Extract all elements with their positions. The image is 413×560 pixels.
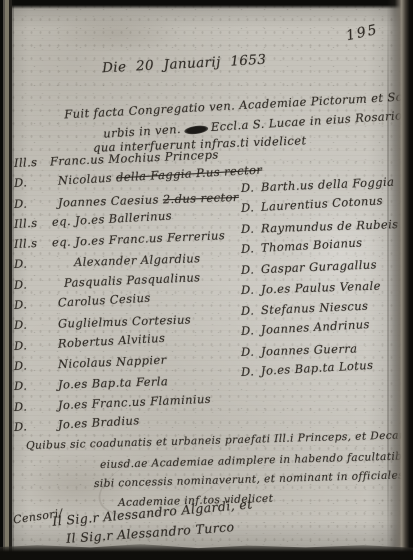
attendee-title: D. [241,344,257,358]
attendee-title: D. [14,175,45,191]
attendee-name: Jo.es Paulus Venale [261,279,381,297]
attendee-title: D. [241,262,258,277]
attendee-row: D.Laurentius Cotonus [241,192,410,215]
attendee-row: D.Barth.us della Foggia [241,174,409,195]
attendee-name: Jo.es Bap.ta Lotus [261,358,374,378]
attendee-title: D. [14,277,45,292]
attendee-name: Jo.es Bap.ta Ferla [58,374,169,391]
attendee-title: D. [241,241,258,256]
binding-edge-left [0,0,14,560]
attendee-column-right: D.Barth.us della Foggia D.Laurentius Cot… [241,181,409,379]
attendee-name: Alexander Algardius [74,252,201,270]
attendee-name: Barth.us della Foggia [261,175,395,195]
attendee-row: D.Stefanus Niescus [241,297,409,318]
attendee-name: Stefanus Niescus [261,298,369,316]
attendee-row: D.Gaspar Guragallus [241,256,409,277]
attendee-name-struck: 2.dus rector [163,190,239,206]
manuscript-page: 195 Die 20 Januarij 1653 Fuit facta Cong… [0,0,413,560]
attendee-name: eq. Jo.es Franc.us Ferrerius [52,228,226,249]
attendee-name: Joannes Guerra [261,341,358,358]
page-edge-right [387,0,413,560]
attendee-name: Joannes Andrinus [261,317,371,337]
attendee-title: D. [14,378,44,393]
attendee-title: D. [241,201,258,216]
attendee-name: Carolus Cesius [58,291,151,310]
attendee-name: Jo.es Franc.us Flaminius [58,391,212,411]
paper-stain [52,12,182,54]
attendee-name: Nicolaus Nappier [58,353,167,372]
attendee-title: D. [14,398,45,413]
attendee-row: D.Raymundus de Rubeis [241,217,409,236]
attendee-row: D.Thomas Boianus [241,233,410,256]
attendee-title: D. [241,283,257,297]
attendee-title: D. [14,337,45,353]
attendee-title: D. [241,221,257,235]
attendee-title: D. [241,364,258,379]
attendee-row: Ill.seq. Jo.es Franc.us Ferrerius [14,227,246,251]
attendee-name: Nicolaus [58,171,113,188]
attendee-title: Ill.s [14,215,45,231]
attendee-title: D. [241,180,258,195]
attendee-title: D. [14,257,44,272]
attendee-name: Joannes Caesius [58,192,159,209]
attendee-title: D. [14,196,44,211]
attendee-row: D.Alexander Algardius [14,250,246,271]
page-edge-top [0,0,413,9]
attendee-row: D.Jo.es Bap.ta Ferla [14,372,246,393]
attendee-title: Ill.s [14,236,45,251]
attendee-name: Laurentius Cotonus [261,194,384,215]
attendee-title: D. [241,303,258,318]
ink-blot [184,124,209,135]
attendee-name: Guglielmus Cortesius [58,313,192,331]
attendee-title: D. [14,317,44,332]
attendee-name: Gaspar Guragallus [261,257,377,276]
attendee-name: Jo.es Bradius [58,413,140,431]
folio-number: 195 [345,22,380,44]
attendee-title: D. [14,296,45,312]
attendee-row: D.Jo.es Paulus Venale [241,278,409,297]
attendee-title: D. [241,323,258,338]
attendee-name: Pasqualis Pasqualinus [64,270,201,290]
attendee-title: Ill.s [14,155,45,170]
attendee-name: Raymundus de Rubeis [261,217,399,235]
attendee-row: D.Jo.es Bap.ta Lotus [241,356,410,379]
date-heading: Die 20 Januarij 1653 [102,52,267,77]
attendee-title: D. [14,358,45,373]
attendee-name: Robertus Alvitius [58,330,166,350]
attendee-column-left: Ill.sFranc.us Mochius Princeps D.Nicolau… [14,156,246,434]
attendee-title: D. [14,418,45,434]
attendee-row: D.Joannes Andrinus [241,315,410,338]
attendee-name: Thomas Boianus [261,236,363,255]
attendee-row: D.Joannes Guerra [241,339,409,358]
attendee-row: D.Nicolaus Nappier [14,349,246,373]
page-edge-bottom [0,542,413,560]
attendee-name: eq. Jo.es Ballerinus [52,208,173,228]
